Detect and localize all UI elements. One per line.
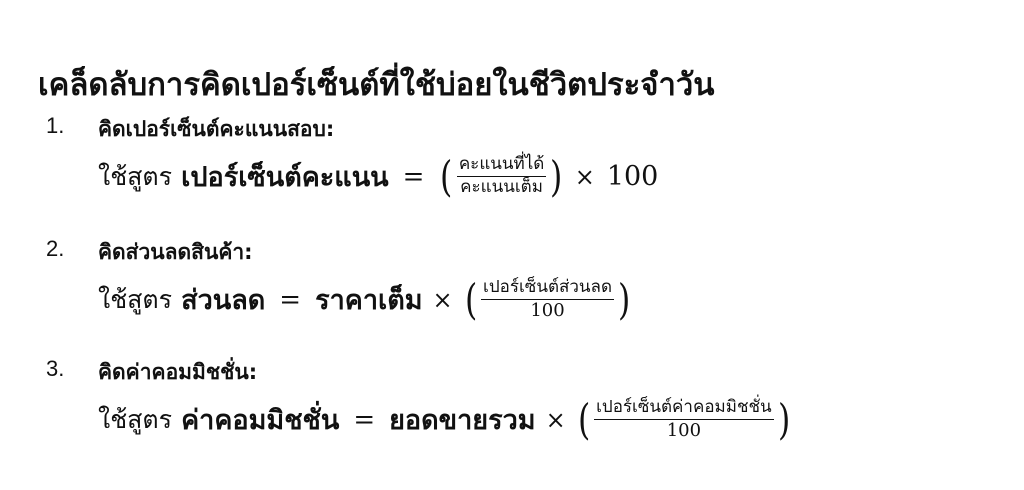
list-number: 1. (46, 113, 64, 139)
item-heading: คิดค่าคอมมิชชั่น: (98, 356, 257, 389)
times-sign: × (575, 163, 595, 191)
item-heading: คิดเปอร์เซ็นต์คะแนนสอบ: (98, 113, 334, 146)
formula-prefix: ใช้สูตร (98, 280, 172, 320)
times-sign: × (546, 406, 566, 434)
close-paren: ) (618, 279, 630, 321)
fraction: คะแนนที่ได้ คะแนนเต็ม (457, 155, 547, 197)
fraction-numerator: คะแนนที่ได้ (457, 155, 547, 177)
formula-exam-score: ใช้สูตร เปอร์เซ็นต์คะแนน = ( คะแนนที่ได้… (98, 155, 658, 198)
fraction: เปอร์เซ็นต์ค่าคอมมิชชั่น 100 (594, 398, 774, 441)
fraction-denominator: 100 (665, 420, 703, 442)
list-number: 3. (46, 356, 64, 382)
open-paren: ( (578, 399, 590, 441)
open-paren: ( (465, 279, 477, 321)
open-paren: ( (440, 156, 452, 198)
equals-sign: = (353, 405, 375, 435)
formula-prefix: ใช้สูตร (98, 157, 172, 197)
formula-lhs: ส่วนลด (181, 278, 265, 321)
fraction-denominator: คะแนนเต็ม (458, 177, 545, 198)
formula-base: ราคาเต็ม (315, 278, 422, 321)
equals-sign: = (279, 285, 301, 315)
times-sign: × (433, 286, 453, 314)
formula-prefix: ใช้สูตร (98, 400, 172, 440)
formula-discount: ใช้สูตร ส่วนลด = ราคาเต็ม × ( เปอร์เซ็นต… (98, 278, 632, 321)
formula-lhs: ค่าคอมมิชชั่น (181, 398, 339, 441)
close-paren: ) (550, 156, 562, 198)
formula-base: ยอดขายรวม (389, 398, 535, 441)
fraction-denominator: 100 (528, 300, 566, 322)
item-heading: คิดส่วนลดสินค้า: (98, 236, 253, 269)
fraction-numerator: เปอร์เซ็นต์ส่วนลด (481, 278, 614, 300)
formula-lhs: เปอร์เซ็นต์คะแนน (181, 155, 389, 198)
fraction-numerator: เปอร์เซ็นต์ค่าคอมมิชชั่น (594, 398, 774, 420)
close-paren: ) (778, 399, 790, 441)
list-number: 2. (46, 236, 64, 262)
formula-commission: ใช้สูตร ค่าคอมมิชชั่น = ยอดขายรวม × ( เป… (98, 398, 792, 441)
equals-sign: = (403, 162, 425, 192)
fraction: เปอร์เซ็นต์ส่วนลด 100 (481, 278, 614, 321)
page-title: เคล็ดลับการคิดเปอร์เซ็นต์ที่ใช้บ่อยในชีว… (38, 59, 714, 109)
multiplier: 100 (607, 161, 659, 192)
